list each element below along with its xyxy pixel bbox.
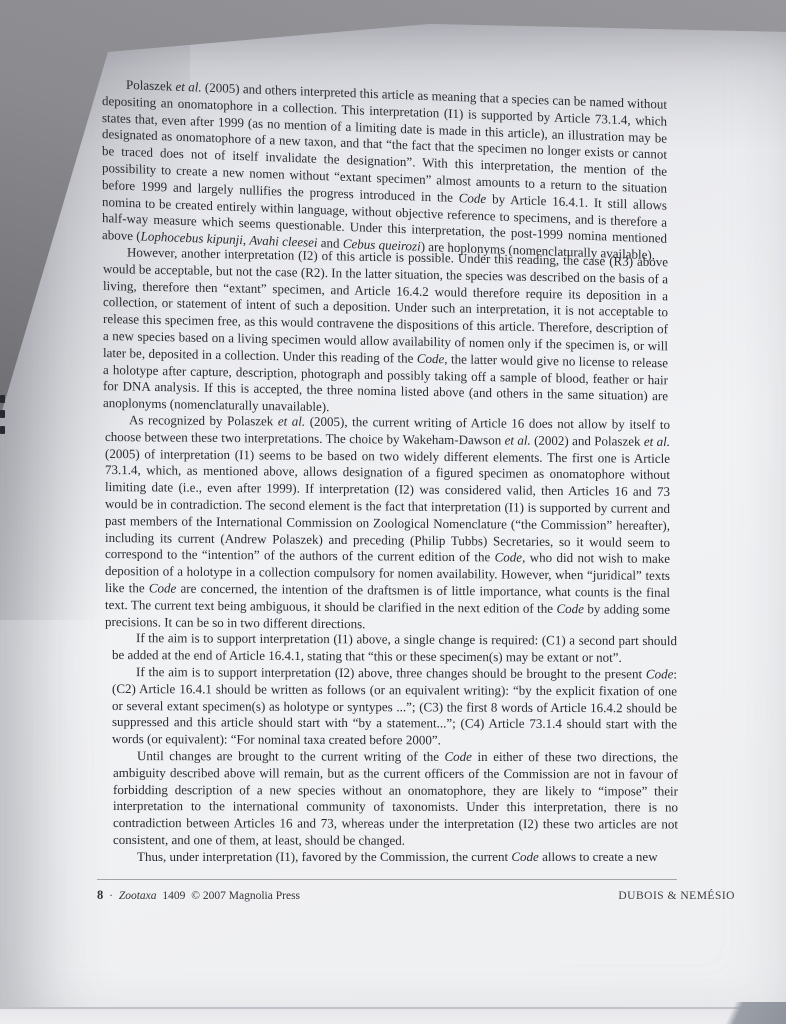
paragraph: Polaszek et al. (2005) and others interp… — [102, 76, 667, 265]
binder-mark — [0, 395, 5, 403]
journal-title: Zootaxa — [119, 890, 157, 902]
paragraph: However, another interpretation (I2) of … — [103, 244, 668, 422]
text-run: (2005) of interpretation (I1) seems to b… — [105, 446, 670, 565]
text-run-italic: Code — [149, 580, 176, 595]
text-run-italic: et al. — [505, 432, 531, 447]
article-body: Polaszek et al. (2005) and others interp… — [106, 76, 746, 865]
text-run-italic: Code — [511, 849, 538, 864]
text-run-italic: et al. — [278, 413, 305, 428]
paragraph: Thus, under interpretation (I1), favored… — [113, 849, 678, 866]
paragraph: If the aim is to support interpretation … — [112, 630, 677, 667]
text-run-italic: Code — [556, 601, 583, 616]
paragraph: If the aim is to support interpretation … — [112, 664, 677, 750]
copyright-notice: © 2007 Magnolia Press — [191, 890, 300, 902]
issue-number: 1409 — [162, 890, 185, 902]
paragraph: Until changes are brought to the current… — [113, 748, 678, 850]
text-run: As recognized by Polaszek — [129, 412, 278, 428]
text-run: Polaszek — [126, 77, 176, 94]
text-run-italic: Code — [495, 550, 522, 565]
text-run-italic: Code — [417, 351, 444, 367]
text-run: However, another interpretation (I2) of … — [103, 244, 668, 365]
page-number: 8 — [97, 888, 103, 902]
text-run-italic: et al. — [176, 79, 202, 95]
bottom-page-edge — [0, 1007, 786, 1024]
binder-mark — [0, 410, 5, 418]
text-run: If the aim is to support interpretation … — [136, 664, 646, 681]
running-head: DUBOIS & NEMÉSIO — [618, 890, 735, 902]
text-run-italic: Code — [445, 749, 472, 764]
footer-divider — [97, 879, 677, 880]
text-run: allows to create a new — [539, 849, 658, 864]
footer-citation: 8 · Zootaxa 1409 © 2007 Magnolia Press — [97, 888, 303, 903]
text-run: (2005) and others interpreted this artic… — [102, 80, 667, 205]
text-run-italic: et al. — [644, 433, 670, 448]
text-run-italic: Code — [646, 666, 673, 681]
text-run: Thus, under interpretation (I1), favored… — [137, 849, 511, 864]
page-footer: 8 · Zootaxa 1409 © 2007 Magnolia Press D… — [97, 879, 677, 903]
text-run-italic: Code — [459, 190, 486, 206]
footer-separator-dot: · — [109, 890, 113, 902]
paper-page: Polaszek et al. (2005) and others interp… — [0, 0, 786, 1024]
binder-mark — [0, 426, 5, 434]
paragraph: As recognized by Polaszek et al. (2005),… — [105, 412, 670, 635]
bottom-right-shadow — [691, 1002, 786, 1024]
text-run: (2002) and Polaszek — [531, 432, 644, 448]
text-run: If the aim is to support interpretation … — [112, 630, 677, 665]
text-run: Until changes are brought to the current… — [137, 748, 445, 764]
